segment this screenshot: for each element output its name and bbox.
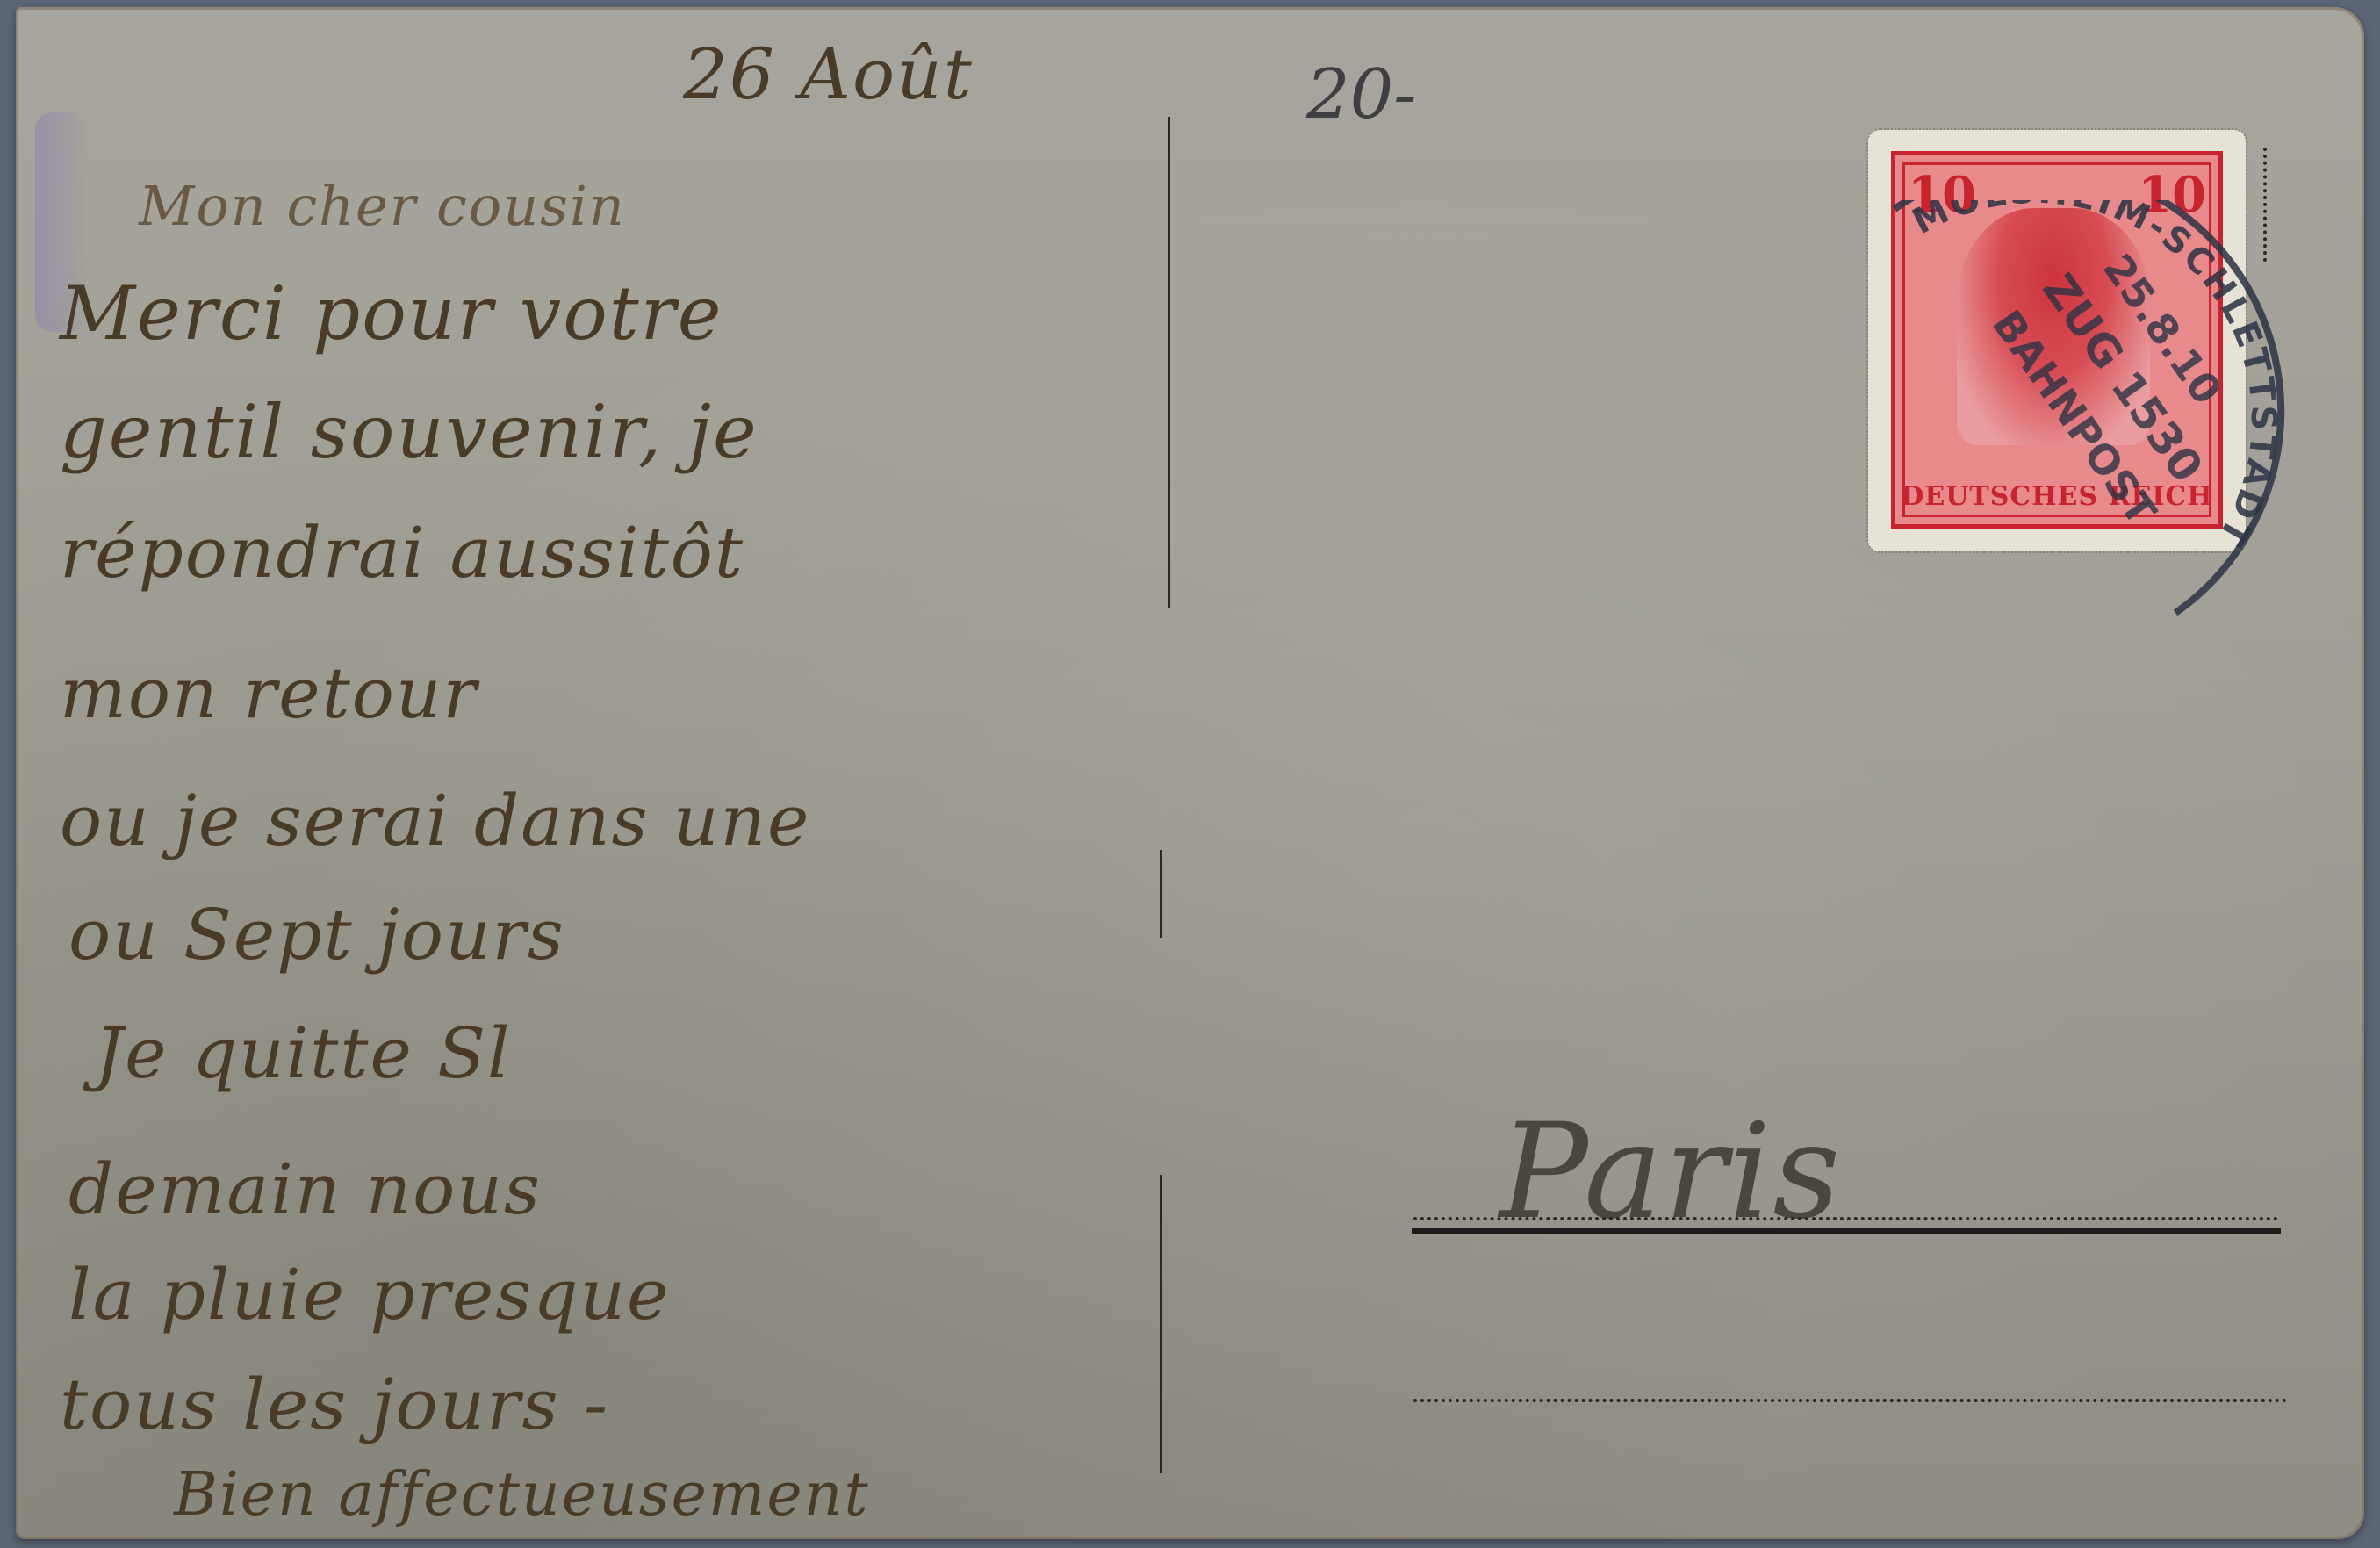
- message-line-8: Je quitte Sl: [95, 1012, 512, 1094]
- message-line-7: ou Sept jours: [68, 894, 565, 976]
- message-line-6: ou je serai dans une: [60, 780, 810, 861]
- postcard-back: 20- 26 Août Mon cher cousin Merci pour v…: [16, 7, 2364, 1539]
- message-line-9: demain nous: [68, 1148, 542, 1230]
- center-divider-bottom: [1160, 1175, 1162, 1473]
- message-line-4: répondrai aussitôt: [60, 512, 744, 594]
- message-line-1: Mon cher cousin: [139, 174, 626, 238]
- address-solid-line: [1412, 1228, 2281, 1234]
- center-divider-mid: [1160, 850, 1162, 938]
- center-divider-top: [1168, 117, 1170, 608]
- postmark-cancellation: MOLSHEIM-SCHLETTSTADT BAHNPOST ZUG 1530 …: [1886, 200, 2342, 639]
- message-line-5: mon retour: [60, 652, 478, 734]
- address-dotted-line-2: [1413, 1399, 2287, 1402]
- address-dotted-line-1: [1413, 1217, 2278, 1220]
- message-line-3: gentil souvenir, je: [60, 389, 759, 475]
- message-line-10: la pluie presque: [68, 1254, 670, 1336]
- message-date: 26 Août: [683, 33, 974, 115]
- message-line-12: Bien affectueusement: [174, 1460, 870, 1530]
- address-city: Paris: [1499, 1096, 1842, 1249]
- message-line-2: Merci pour votre: [60, 270, 723, 356]
- message-line-11: tous les jours -: [60, 1364, 609, 1445]
- pencil-note: 20-: [1306, 55, 1417, 134]
